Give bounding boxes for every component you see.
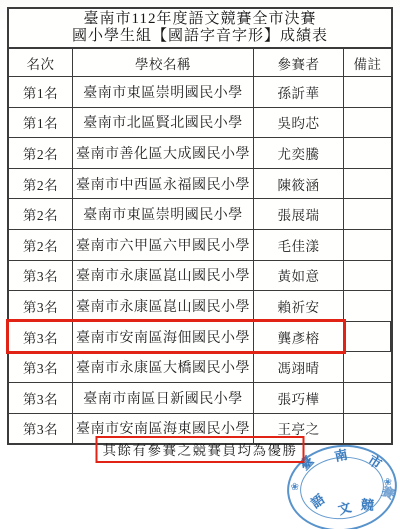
table-row: 第3名 臺南市永康區大橋國民小學 馮翊晴 [9,352,391,383]
rank-cell: 第3名 [9,383,73,413]
school-cell: 臺南市六甲區六甲國民小學 [73,230,254,260]
participant-cell: 孫訢華 [254,77,344,107]
header-participant: 參賽者 [254,49,344,76]
school-cell: 臺南市安南區海佃國民小學 [73,322,254,352]
school-cell: 臺南市永康區崑山國民小學 [73,261,254,291]
stamp-char-top: 南 [333,448,348,463]
table-row: 第3名 臺南市永康區崑山國民小學 黃如意 [9,261,391,292]
participant-cell: 張展瑞 [254,199,344,229]
remark-cell [344,108,391,138]
remark-cell [344,352,391,382]
table-row: 第2名 臺南市中西區永福國民小學 陳筱涵 [9,169,391,200]
participant-cell: 賴祈安 [254,291,344,321]
header-school: 學校名稱 [73,49,254,76]
participant-cell: 尤奕騰 [254,138,344,168]
school-cell: 臺南市北區賢北國民小學 [73,108,254,138]
results-table: 臺南市112年度語文競賽全市決賽 國小學生組【國語字音字形】成績表 名次 學校名… [7,7,393,445]
table-row: 第1名 臺南市北區賢北國民小學 吳昀芯 [9,108,391,139]
remark-cell [344,261,391,291]
header-remark: 備註 [344,49,391,76]
stamp-flower-icon: ❀ [290,483,299,494]
rank-cell: 第3名 [9,352,73,382]
remark-cell [344,383,391,413]
school-cell: 臺南市善化區大成國民小學 [73,138,254,168]
header-rank: 名次 [9,49,73,76]
participant-cell: 陳筱涵 [254,169,344,199]
rank-cell: 第2名 [9,138,73,168]
remark-cell [344,169,391,199]
table-row: 第3名 臺南市南區日新國民小學 張巧樺 [9,383,391,414]
document-title-line2: 國小學生組【國語字音字形】成績表 [9,28,391,45]
participant-cell: 黃如意 [254,261,344,291]
title-block: 臺南市112年度語文競賽全市決賽 國小學生組【國語字音字形】成績表 [9,9,391,49]
table-row: 第1名 臺南市東區崇明國民小學 孫訢華 [9,77,391,108]
table-header-row: 名次 學校名稱 參賽者 備註 [9,49,391,77]
school-cell: 臺南市東區崇明國民小學 [73,77,254,107]
table-row: 第2名 臺南市善化區大成國民小學 尤奕騰 [9,138,391,169]
participant-cell: 龔彥榕 [254,322,344,352]
rank-cell: 第3名 [9,322,73,352]
participant-cell: 馮翊晴 [254,352,344,382]
table-row-highlighted: 第3名 臺南市安南區海佃國民小學 龔彥榕 [9,322,391,353]
table-row: 第3名 臺南市永康區崑山國民小學 賴祈安 [9,291,391,322]
participant-cell: 張巧樺 [254,383,344,413]
remark-cell [344,414,391,444]
rank-cell: 第3名 [9,261,73,291]
footer-note: 其餘有參賽之競賽員均為優勝 [96,436,305,463]
school-cell: 臺南市永康區大橋國民小學 [73,352,254,382]
rank-cell: 第2名 [9,169,73,199]
school-cell: 臺南市東區崇明國民小學 [73,199,254,229]
stamp-char-bottom: 競 [360,498,374,512]
remark-cell [344,230,391,260]
rank-cell: 第3名 [9,414,73,444]
participant-cell: 吳昀芯 [254,108,344,138]
participant-cell: 毛佳漾 [254,230,344,260]
rank-cell: 第2名 [9,199,73,229]
remark-cell [344,199,391,229]
document-title-line1: 臺南市112年度語文競賽全市決賽 [9,11,391,28]
rank-cell: 第3名 [9,291,73,321]
school-cell: 臺南市南區日新國民小學 [73,383,254,413]
remark-cell [344,138,391,168]
scanned-results-document: 臺南市112年度語文競賽全市決賽 國小學生組【國語字音字形】成績表 名次 學校名… [0,0,400,529]
rank-cell: 第1名 [9,77,73,107]
remark-cell [344,322,391,352]
school-cell: 臺南市永康區崑山國民小學 [73,291,254,321]
remark-cell [344,291,391,321]
remark-cell [344,77,391,107]
table-row: 第2名 臺南市東區崇明國民小學 張展瑞 [9,199,391,230]
rank-cell: 第2名 [9,230,73,260]
rank-cell: 第1名 [9,108,73,138]
school-cell: 臺南市中西區永福國民小學 [73,169,254,199]
table-row: 第2名 臺南市六甲區六甲國民小學 毛佳漾 [9,230,391,261]
